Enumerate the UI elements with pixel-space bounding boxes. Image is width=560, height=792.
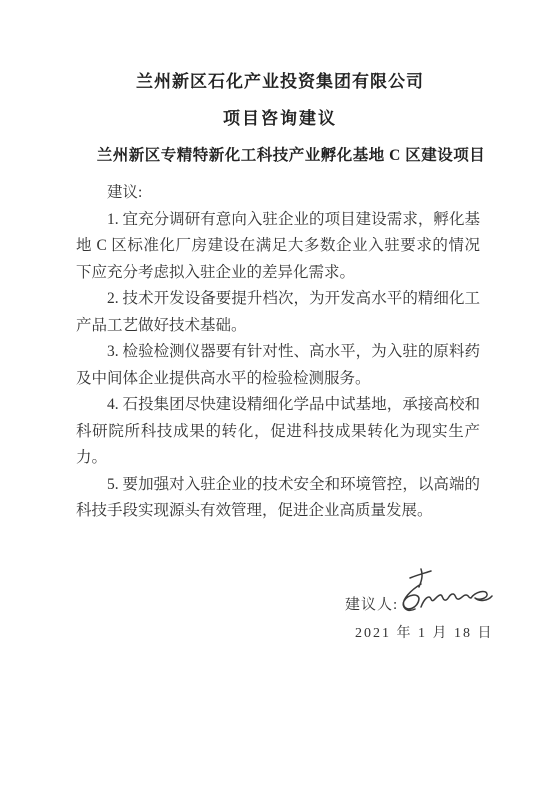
signer-label: 建议人: <box>345 593 398 614</box>
suggestions-body: 建议: 1. 宜充分调研有意向入驻企业的项目建设需求，孵化基地 C 区标准化厂房… <box>76 180 480 525</box>
section-label: 建议: <box>76 180 480 207</box>
signature-date: 2021 年 1 月 18 日 <box>355 622 494 642</box>
document-page: 兰州新区石化产业投资集团有限公司 项目咨询建议 兰州新区专精特新化工科技产业孵化… <box>0 0 560 792</box>
signature-block: 建议人: 2021 年 1 月 18 日 <box>345 566 505 646</box>
suggestion-paragraph-2: 2. 技术开发设备要提升档次，为开发高水平的精细化工产品工艺做好技术基础。 <box>76 286 480 339</box>
project-heading: 兰州新区专精特新化工科技产业孵化基地 C 区建设项目 <box>11 145 560 167</box>
suggestion-paragraph-4: 4. 石投集团尽快建设精细化学品中试基地，承接高校和科研院所科技成果的转化，促进… <box>76 392 480 472</box>
handwritten-signature-icon <box>395 568 493 616</box>
suggestion-paragraph-3: 3. 检验检测仪器要有针对性、高水平，为入驻的原料药及中间体企业提供高水平的检验… <box>76 339 480 392</box>
suggestion-paragraph-1: 1. 宜充分调研有意向入驻企业的项目建设需求，孵化基地 C 区标准化厂房建设在满… <box>76 207 480 287</box>
document-type-title: 项目咨询建议 <box>0 107 560 131</box>
suggestion-paragraph-5: 5. 要加强对入驻企业的技术安全和环境管控，以高端的科技手段实现源头有效管理，促… <box>76 472 480 525</box>
company-title: 兰州新区石化产业投资集团有限公司 <box>0 70 560 94</box>
